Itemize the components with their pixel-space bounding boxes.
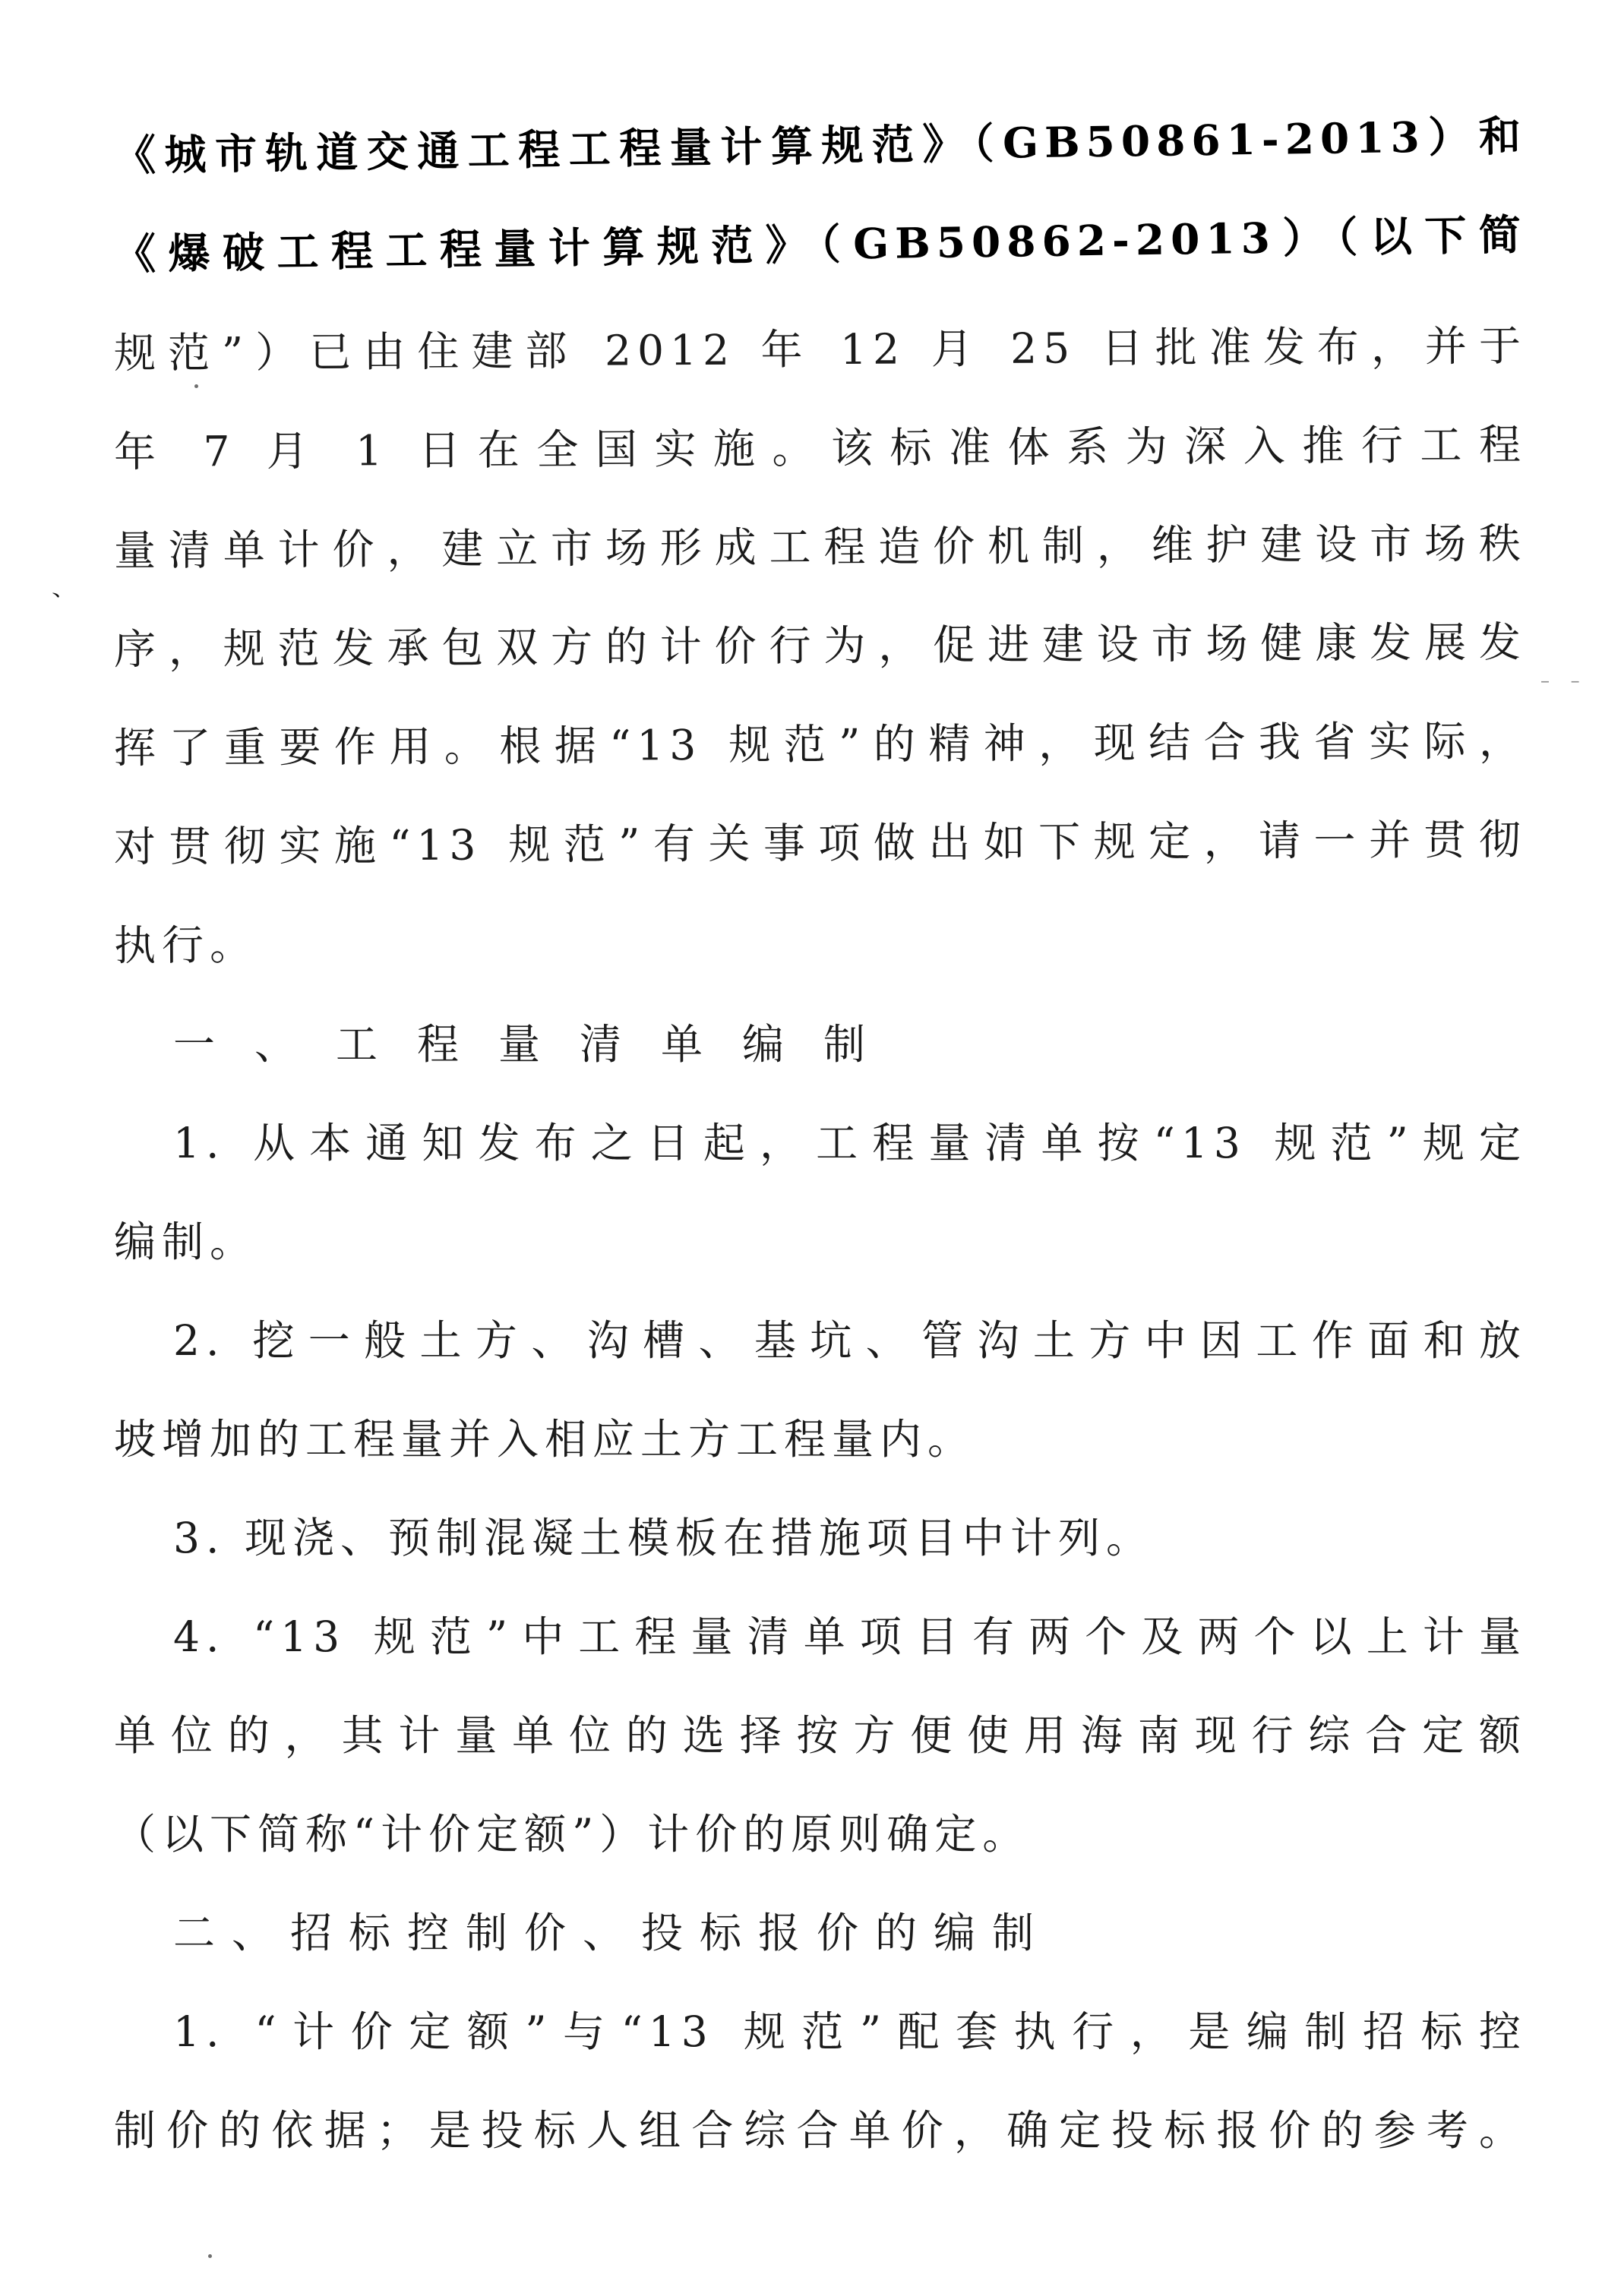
document-line: 对贯彻实施“13 规范”有关事项做出如下规定，请一并贯彻 [114,790,1528,896]
document-line: 执行。 [114,889,1528,995]
document-line: 《爆破工程工程量计算规范》（GB50862-2013）（以下简称“13 [113,185,1528,304]
document-line: 编制。 [114,1192,1527,1291]
document-line: 量清单计价，建立市场形成工程造价机制，维护建设市场秩 [114,494,1528,600]
document-line: 序，规范发承包双方的计价行为，促进建设市场健康发展发 [114,592,1528,699]
document-line: 一、工程量清单编制 [114,995,1527,1094]
scan-artifact-tick-mark: 、 [47,566,76,603]
scan-speck [208,2254,212,2258]
document-line: 1. 从本通知发布之日起，工程量清单按“13 规范”规定 [114,1094,1527,1192]
scan-artifact-faint-dashes: – – [1540,670,1588,691]
scan-speck [194,384,198,388]
document-line: 二、招标控制价、投标报价的编制 [114,1884,1527,1982]
document-line: 单位的，其计量单位的选择按方便使用海南现行综合定额 [114,1686,1527,1785]
document-line: 挥了重要作用。根据“13 规范”的精神，现结合我省实际， [114,691,1528,797]
document-line: 年 7 月 1 日在全国实施。该标准体系为深入推行工程 [114,395,1528,501]
document-line: 规范”）已由住建部 2012 年 12 月 25 日批准发布，并于 2013 [114,296,1528,403]
scanned-document-page: 《城市轨道交通工程工程量计算规范》（GB50861-2013）和《爆破工程工程量… [0,0,1602,2296]
document-line: 1. “计价定额”与“13 规范”配套执行，是编制招标控 [114,1982,1527,2081]
document-line: 4. “13 规范”中工程量清单项目有两个及两个以上计量 [114,1587,1527,1686]
document-line: 《城市轨道交通工程工程量计算规范》（GB50861-2013）和 [113,87,1528,205]
document-line: （以下简称“计价定额”）计价的原则确定。 [114,1785,1527,1884]
document-line: 制价的依据；是投标人组合综合单价，确定投标报价的参考。 [114,2081,1527,2180]
document-line: 2. 挖一般土方、沟槽、基坑、管沟土方中因工作面和放 [114,1291,1527,1390]
document-line: 3. 现浇、预制混凝土模板在措施项目中计列。 [114,1489,1527,1587]
document-body: 《城市轨道交通工程工程量计算规范》（GB50861-2013）和《爆破工程工程量… [114,106,1527,2180]
document-line: 坡增加的工程量并入相应土方工程量内。 [114,1390,1527,1489]
